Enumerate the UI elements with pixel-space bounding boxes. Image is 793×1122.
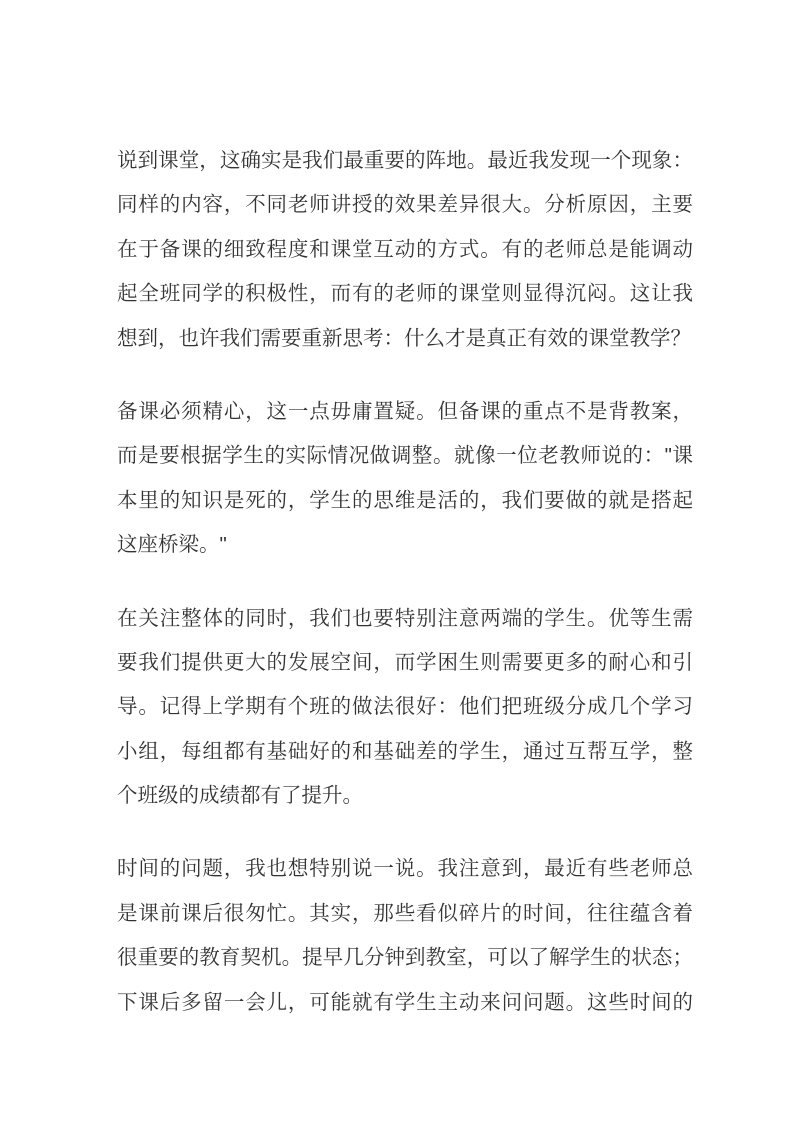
text-line: 起全班同学的积极性，而有的老师的课堂则显得沉闷。这让我 <box>117 272 693 316</box>
paragraph: 备课必须精心，这一点毋庸置疑。但备课的重点不是背教案，而是要根据学生的实际情况做… <box>117 390 693 568</box>
paragraph: 在关注整体的同时，我们也要特别注意两端的学生。优等生需要我们提供更大的发展空间，… <box>117 597 693 819</box>
text-line: 在关注整体的同时，我们也要特别注意两端的学生。优等生需 <box>117 597 693 641</box>
text-line: 想到，也许我们需要重新思考：什么才是真正有效的课堂教学？ <box>117 317 693 361</box>
text-line: 小组，每组都有基础好的和基础差的学生，通过互帮互学，整 <box>117 730 693 774</box>
text-line: 同样的内容，不同老师讲授的效果差异很大。分析原因，主要 <box>117 183 693 227</box>
text-line: 下课后多留一会儿，可能就有学生主动来问问题。这些时间的 <box>117 981 693 1025</box>
text-line: 时间的问题，我也想特别说一说。我注意到，最近有些老师总 <box>117 847 693 891</box>
text-line: 导。记得上学期有个班的做法很好：他们把班级分成几个学习 <box>117 685 693 729</box>
text-line: 本里的知识是死的，学生的思维是活的，我们要做的就是搭起 <box>117 479 693 523</box>
text-line: 而是要根据学生的实际情况做调整。就像一位老教师说的："课 <box>117 434 693 478</box>
document-page: 说到课堂，这确实是我们最重要的阵地。最近我发现一个现象：同样的内容，不同老师讲授… <box>0 0 793 1122</box>
document-body: 说到课堂，这确实是我们最重要的阵地。最近我发现一个现象：同样的内容，不同老师讲授… <box>117 139 693 1054</box>
text-line: 说到课堂，这确实是我们最重要的阵地。最近我发现一个现象： <box>117 139 693 183</box>
text-line: 这座桥梁。" <box>117 523 693 567</box>
text-line: 备课必须精心，这一点毋庸置疑。但备课的重点不是背教案， <box>117 390 693 434</box>
paragraph: 说到课堂，这确实是我们最重要的阵地。最近我发现一个现象：同样的内容，不同老师讲授… <box>117 139 693 361</box>
text-line: 个班级的成绩都有了提升。 <box>117 774 693 818</box>
text-line: 在于备课的细致程度和课堂互动的方式。有的老师总是能调动 <box>117 228 693 272</box>
text-line: 很重要的教育契机。提早几分钟到教室，可以了解学生的状态； <box>117 936 693 980</box>
text-line: 要我们提供更大的发展空间，而学困生则需要更多的耐心和引 <box>117 641 693 685</box>
text-line: 是课前课后很匆忙。其实，那些看似碎片的时间，往往蕴含着 <box>117 892 693 936</box>
paragraph: 时间的问题，我也想特别说一说。我注意到，最近有些老师总是课前课后很匆忙。其实，那… <box>117 847 693 1025</box>
